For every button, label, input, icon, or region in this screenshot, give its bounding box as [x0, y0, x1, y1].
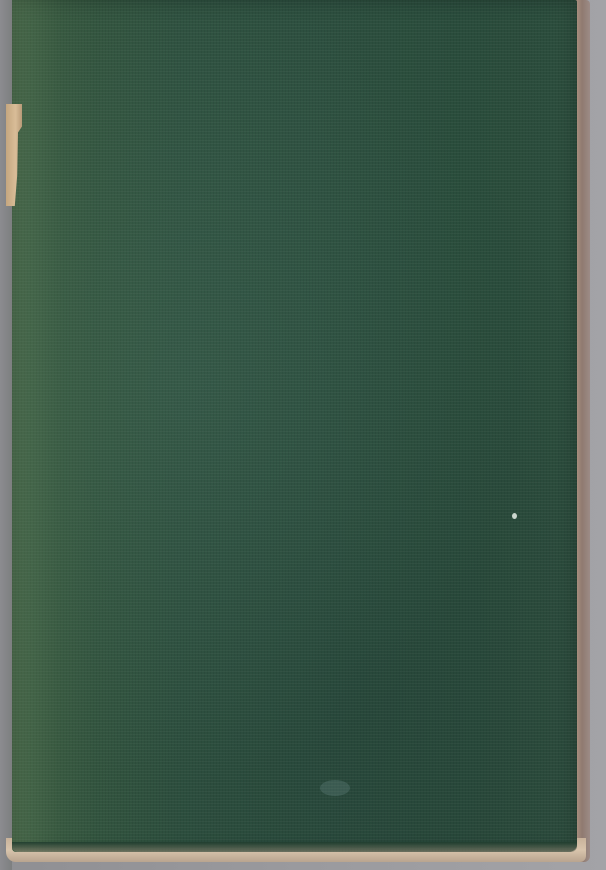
- book-cover: [12, 0, 577, 852]
- white-speck: [512, 513, 517, 519]
- cloth-scuff: [320, 780, 350, 796]
- photo-scene: [0, 0, 606, 870]
- frayed-bottom-edge: [12, 842, 577, 852]
